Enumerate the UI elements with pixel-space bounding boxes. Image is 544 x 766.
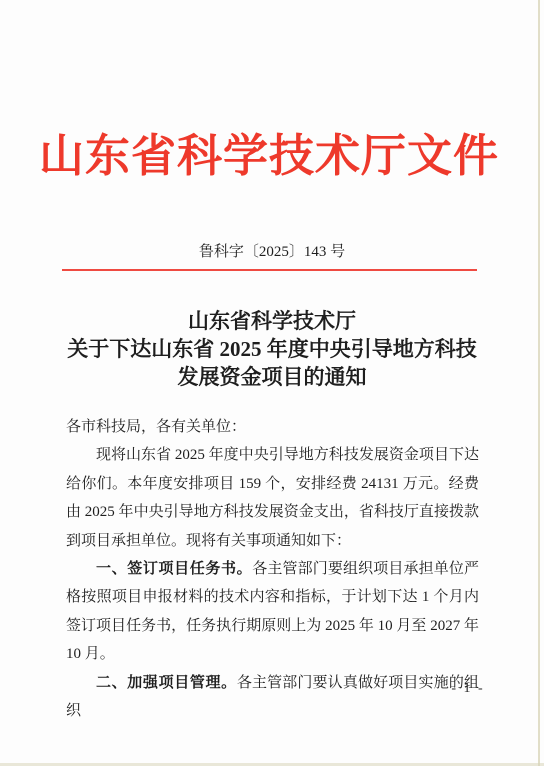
title-line-2: 关于下达山东省 2025 年度中央引导地方科技 — [30, 335, 514, 363]
title-line-3: 发展资金项目的通知 — [30, 363, 514, 391]
paragraph-item-2: 二、加强项目管理。各主管部门要认真做好项目实施的组织 — [66, 669, 479, 726]
item-2-heading: 二、加强项目管理。 — [96, 674, 237, 691]
document-body: 各市科技局，各有关单位： 现将山东省 2025 年度中央引导地方科技发展资金项目… — [66, 413, 479, 725]
document-number: 鲁科字〔2025〕143 号 — [0, 241, 544, 263]
red-separator-line — [62, 269, 477, 271]
paragraph-item-1: 一、签订项目任务书。各主管部门要组织项目承担单位严格按照项目申报材料的技术内容和… — [66, 555, 479, 669]
page-number: - 1 - — [438, 680, 498, 698]
document-masthead: 山东省科学技术厅文件 — [0, 124, 538, 188]
item-1-heading: 一、签订项目任务书。 — [96, 560, 252, 577]
title-line-1: 山东省科学技术厅 — [30, 307, 514, 335]
salutation: 各市科技局，各有关单位： — [66, 413, 479, 441]
document-page: 山东省科学技术厅文件 鲁科字〔2025〕143 号 山东省科学技术厅 关于下达山… — [0, 0, 544, 766]
scan-page-edge-right — [538, 0, 540, 766]
document-title: 山东省科学技术厅 关于下达山东省 2025 年度中央引导地方科技 发展资金项目的… — [30, 307, 514, 391]
paragraph-intro: 现将山东省 2025 年度中央引导地方科技发展资金项目下达给你们。本年度安排项目… — [66, 441, 479, 555]
